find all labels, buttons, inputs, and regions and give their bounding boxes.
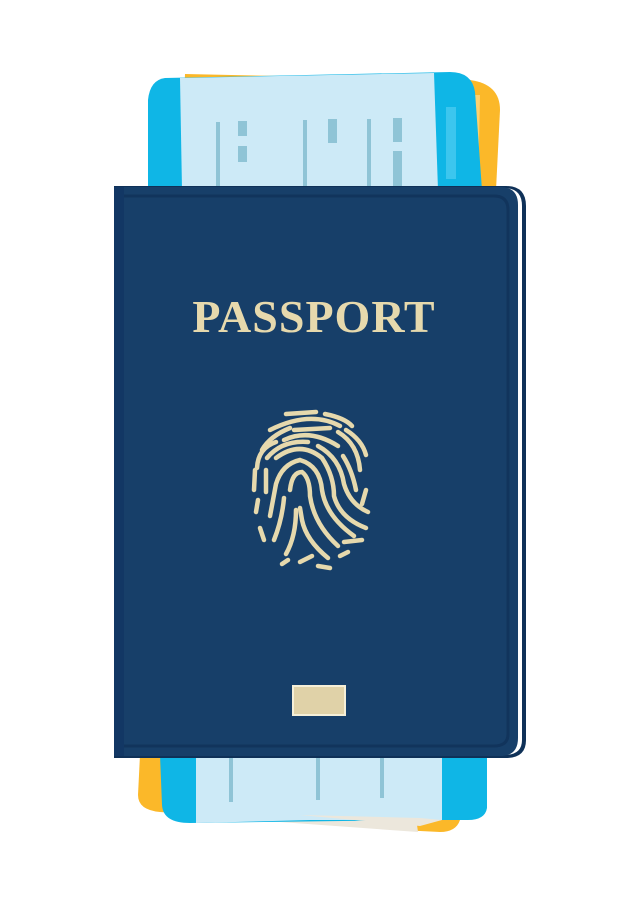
passport-artwork <box>0 0 640 905</box>
passport-title: PASSPORT <box>114 290 514 343</box>
chip-icon <box>292 685 346 716</box>
passport-illustration: PASSPORT <box>0 0 640 905</box>
boarding-pass-top <box>148 72 482 190</box>
boarding-pass-bottom <box>160 755 487 826</box>
